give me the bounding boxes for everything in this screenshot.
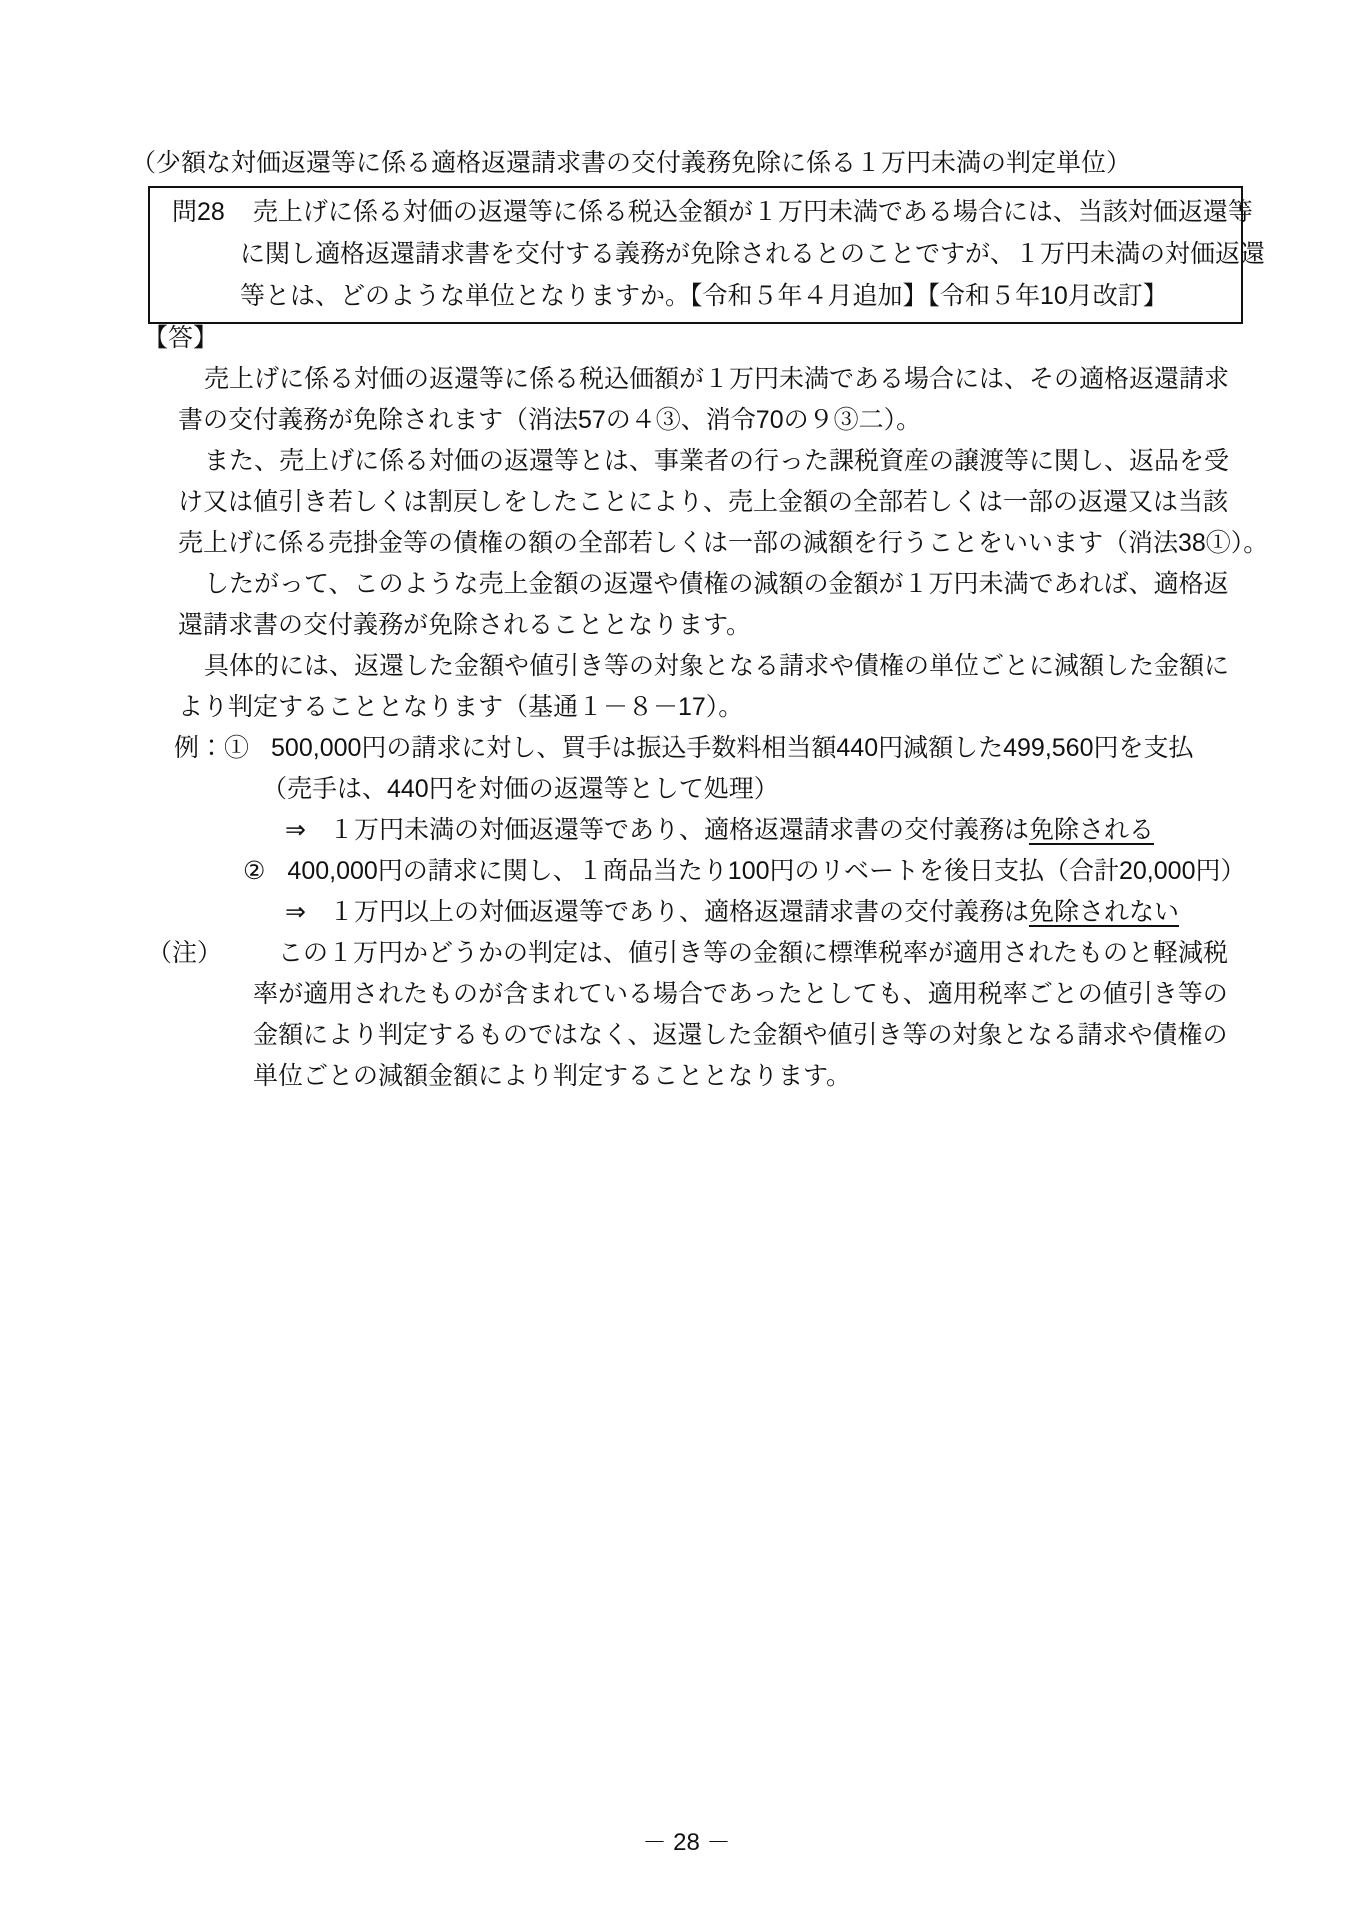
example-1-result: ⇒１万円未満の対価返還等であり、適格返還請求書の交付義務は免除される: [285, 810, 1258, 851]
section-heading: （少額な対価返還等に係る適格返還請求書の交付義務免除に係る１万円未満の判定単位）: [131, 146, 1131, 180]
example-1-subnote: （売手は、440円を対価の返還等として処理）: [262, 769, 1258, 810]
example-1-text: 500,000円の請求に対し、買手は振込手数料相当額440円減額した499,56…: [271, 734, 1193, 762]
question-line: に関し適格返還請求書を交付する義務が免除されるとのことですが、１万円未満の対価返…: [240, 233, 1233, 275]
example-2-result-text: １万円以上の対価返還等であり、適格返還請求書の交付義務は: [329, 898, 1029, 926]
answer-line: より判定することとなります（基通１－８－17）。: [178, 687, 1258, 728]
answer-line: また、売上げに係る対価の返還等とは、事業者の行った課税資産の譲渡等に関し、返品を…: [178, 441, 1258, 482]
example-intro-label: 例：: [174, 734, 224, 762]
question-box: 問28売上げに係る対価の返還等に係る税込金額が１万円未満である場合には、当該対価…: [148, 186, 1243, 324]
question-line: 等とは、どのような単位となりますか。【令和５年４月追加】【令和５年10月改訂】: [240, 275, 1233, 317]
document-page: （少額な対価返還等に係る適格返還請求書の交付義務免除に係る１万円未満の判定単位）…: [0, 0, 1357, 1920]
question-number: 問28: [172, 198, 225, 226]
arrow-icon: ⇒: [285, 898, 306, 926]
example-1-marker: ①: [224, 734, 249, 762]
question-text: 売上げに係る対価の返還等に係る税込金額が１万円未満である場合には、当該対価返還等: [253, 198, 1253, 226]
answer-line: 売上げに係る売掛金等の債権の額の全部若しくは一部の減額を行うことをいいます（消法…: [178, 523, 1258, 564]
example-2-text: 400,000円の請求に関し、１商品当たり100円のリベートを後日支払（合計20…: [287, 857, 1245, 885]
example-1-result-text: １万円未満の対価返還等であり、適格返還請求書の交付義務は: [329, 816, 1029, 844]
answer-line: 書の交付義務が免除されます（消法57の４③、消令70の９③二）。: [178, 400, 1258, 441]
answer-line: 具体的には、返還した金額や値引き等の対象となる請求や債権の単位ごとに減額した金額…: [178, 646, 1258, 687]
answer-line: 還請求書の交付義務が免除されることとなります。: [178, 605, 1258, 646]
example-2-result: ⇒１万円以上の対価返還等であり、適格返還請求書の交付義務は免除されない: [285, 892, 1258, 933]
answer-body: 売上げに係る対価の返還等に係る税込価額が１万円未満である場合には、その適格返還請…: [178, 359, 1258, 1097]
note-label: （注）: [147, 939, 222, 967]
question-line: 問28売上げに係る対価の返還等に係る税込金額が１万円未満である場合には、当該対価…: [172, 191, 1233, 233]
answer-line: 売上げに係る対価の返還等に係る税込価額が１万円未満である場合には、その適格返還請…: [178, 359, 1258, 400]
answer-label: 【答】: [143, 318, 218, 359]
note-line: 単位ごとの減額金額により判定することとなります。: [253, 1056, 1258, 1097]
example-1-line: 例：①500,000円の請求に対し、買手は振込手数料相当額440円減額した499…: [174, 728, 1258, 769]
arrow-icon: ⇒: [285, 816, 306, 844]
example-2-line: ②400,000円の請求に関し、１商品当たり100円のリベートを後日支払（合計2…: [243, 851, 1258, 892]
note-line: （注）この１万円かどうかの判定は、値引き等の金額に標準税率が適用されたものと軽減…: [147, 933, 1258, 974]
page-number: － 28 －: [133, 1822, 1240, 1857]
note-line: 率が適用されたものが含まれている場合であったとしても、適用税率ごとの値引き等の: [253, 974, 1258, 1015]
example-2-marker: ②: [243, 857, 265, 885]
note-line: 金額により判定するものではなく、返還した金額や値引き等の対象となる請求や債権の: [253, 1015, 1258, 1056]
answer-line: したがって、このような売上金額の返還や債権の減額の金額が１万円未満であれば、適格…: [178, 564, 1258, 605]
note-text: この１万円かどうかの判定は、値引き等の金額に標準税率が適用されたものと軽減税: [278, 939, 1228, 967]
answer-line: け又は値引き若しくは割戻しをしたことにより、売上金額の全部若しくは一部の返還又は…: [178, 482, 1258, 523]
example-1-result-underlined: 免除される: [1029, 816, 1154, 844]
example-2-result-underlined: 免除されない: [1029, 898, 1179, 926]
